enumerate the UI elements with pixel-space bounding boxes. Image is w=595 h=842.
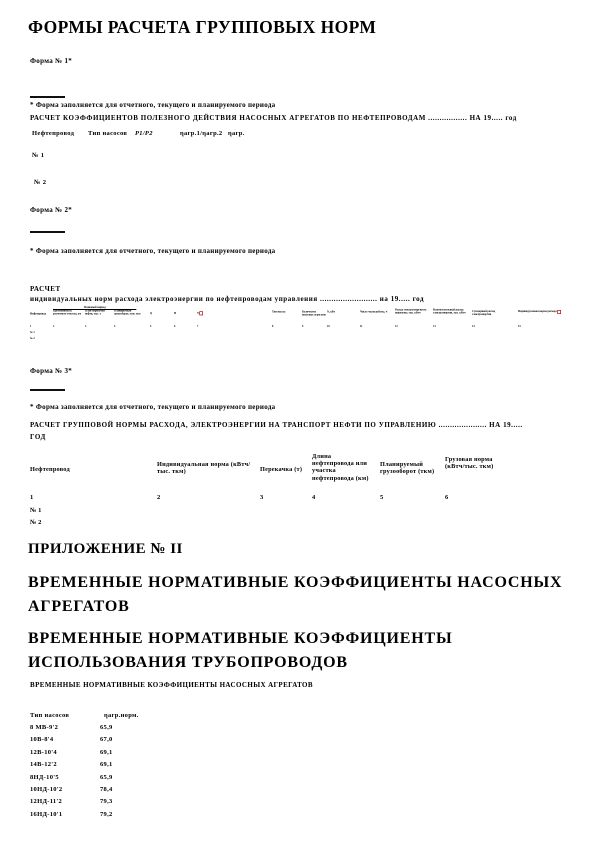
document-page: ФОРМЫ РАСЧЕТА ГРУППОВЫХ НОРМ Форма № 1* … [0, 0, 595, 842]
form3-col-header: Длина нефтепровода или участка нефтепров… [312, 453, 374, 482]
form3-label: Форма № 3* [30, 367, 72, 375]
form2-col-num: 11 [360, 325, 363, 328]
pump-table-body: 8 МВ-9'265,9 10В-8'467,0 12В-10'469,1 14… [30, 716, 230, 815]
form2-col-num: 4 [114, 325, 115, 328]
form2-col-header: План перекачки нефти, тыс. т [85, 309, 112, 315]
form3-col-num: 3 [260, 494, 263, 501]
form3-col-header: Планируемый грузооборот (ткм) [380, 461, 440, 475]
form1-col-eta: ηагр. [228, 130, 245, 137]
form2-col-header: Индивидуальная норма расхода [518, 310, 562, 314]
pump-row: 10НД-10'278,4 [30, 778, 230, 790]
form2-col-header: Вспомогательный расход электроэнергии, т… [433, 309, 469, 315]
form1-col-eta12: ηагр.1/ηагр.2 [180, 130, 222, 137]
pump-type: 16НД-10'1 [30, 811, 100, 818]
pump-value: 79,2 [100, 811, 113, 818]
table-row-label: № 2 [30, 337, 35, 340]
form2-col-num: 15 [518, 325, 521, 328]
form2-col-header: Тип насоса [272, 311, 300, 314]
form2-col-num: 7 [197, 325, 198, 328]
form2-col-num: 5 [150, 325, 151, 328]
form2-col-num: 1 [30, 325, 31, 328]
form1-heading: РАСЧЕТ КОЭФФИЦИЕНТОВ ПОЛЕЗНОГО ДЕЙСТВИЯ … [30, 114, 517, 122]
form2-col-header: Планируемый грузооборот, млн. ткм [114, 309, 146, 315]
pump-row: 12В-10'469,1 [30, 741, 230, 753]
form3-heading-line1: РАСЧЕТ ГРУППОВОЙ НОРМЫ РАСХОДА, ЭЛЕКТРОЭ… [30, 421, 523, 429]
form2-col-header: Протяженность расчетного участка, км [53, 309, 83, 315]
form2-col-header: Q [150, 312, 152, 315]
form2-col-header: η [197, 311, 203, 315]
footnote-rule [30, 389, 65, 391]
table-row-label: № 1 [32, 152, 44, 159]
appendix-subheading: ВРЕМЕННЫЕ НОРМАТИВНЫЕ КОЭФФИЦИЕНТЫ НАСОС… [30, 681, 313, 689]
form1-col-p1p2: Р1/Р2 [135, 130, 153, 137]
form3-col-num: 6 [445, 494, 448, 501]
form3-col-num: 5 [380, 494, 383, 501]
form2-col-header: Количество насосных агрегатов [302, 311, 326, 317]
pump-row: 8НД-10'565,9 [30, 766, 230, 778]
form2-col-header: Расход электроэнергии на перекачку, тыс.… [395, 309, 431, 315]
footnote-rule [30, 96, 65, 98]
missing-glyph-box [557, 310, 561, 314]
table-row-label: № 1 [30, 331, 35, 334]
table-row-label: № 2 [34, 179, 46, 186]
form1-col-pumptype: Тип насосов [88, 130, 127, 137]
form3-col-header: Нефтепровод [30, 466, 140, 473]
appendix-heading-pumps: ВРЕМЕННЫЕ НОРМАТИВНЫЕ КОЭФФИЦИЕНТЫ НАСОС… [28, 571, 568, 618]
form2-col-num: 3 [85, 325, 86, 328]
form2-table: Плановый период Нефтепровод Протяженност… [0, 306, 595, 346]
form3-col-header: Перекачка (т) [260, 466, 308, 473]
form3-col-num: 1 [30, 494, 33, 501]
form2-col-header: Суммарный расход электроэнергии [472, 310, 514, 316]
form2-heading-line2: индивидуальных норм расхода электроэнерг… [30, 295, 424, 303]
table-row-label: № 1 [30, 507, 41, 514]
form1-footnote: * Форма заполняется для отчетного, текущ… [30, 101, 275, 109]
form2-col-num: 9 [302, 325, 303, 328]
form2-col-header: Нефтепровод [30, 313, 52, 316]
form2-col-num: 2 [53, 325, 54, 328]
pump-row: 16НД-10'179,2 [30, 803, 230, 815]
form2-col-num: 12 [395, 325, 398, 328]
form2-heading-line1: РАСЧЕТ [30, 285, 61, 293]
form2-col-num: 8 [272, 325, 273, 328]
form2-col-header: Число часов работы, ч [360, 311, 392, 314]
missing-glyph-box [199, 311, 203, 315]
footnote-rule [30, 231, 65, 233]
form3-col-header: Грузовая норма (кВтч/тыс. ткм) [445, 456, 500, 470]
form2-col-num: 10 [327, 325, 330, 328]
form2-col-num: 14 [472, 325, 475, 328]
appendix-title: ПРИЛОЖЕНИЕ № II [28, 541, 183, 558]
form2-footnote: * Форма заполняется для отчетного, текущ… [30, 247, 275, 255]
table-row-label: № 2 [30, 519, 41, 526]
appendix-heading-pipelines: ВРЕМЕННЫЕ НОРМАТИВНЫЕ КОЭФФИЦИЕНТЫ ИСПОЛ… [28, 627, 498, 674]
form2-label: Форма № 2* [30, 206, 72, 214]
form2-col-header: N, кВт [327, 311, 357, 314]
page-title: ФОРМЫ РАСЧЕТА ГРУППОВЫХ НОРМ [28, 17, 376, 38]
pump-row: 10В-8'467,0 [30, 728, 230, 740]
pump-row: 12НД-11'279,3 [30, 790, 230, 802]
form3-col-header: Индивидуальная норма (кВтч/тыс. ткм) [157, 461, 252, 475]
pump-row: 14В-12'269,1 [30, 753, 230, 765]
form3-col-num: 2 [157, 494, 160, 501]
form3-heading-line2: ГОД [30, 433, 46, 441]
pump-row: 8 МВ-9'265,9 [30, 716, 230, 728]
form2-col-num: 13 [433, 325, 436, 328]
form2-col-header: Н [174, 312, 176, 315]
form2-col-num: 6 [174, 325, 175, 328]
form1-label: Форма № 1* [30, 57, 72, 65]
form1-col-pipeline: Нефтепровод [32, 130, 74, 137]
form3-footnote: * Форма заполняется для отчетного, текущ… [30, 403, 275, 411]
form3-col-num: 4 [312, 494, 315, 501]
